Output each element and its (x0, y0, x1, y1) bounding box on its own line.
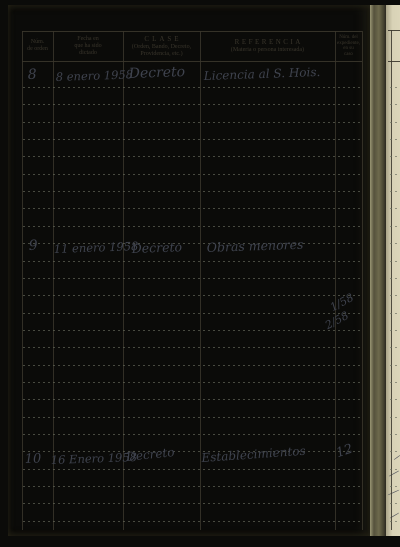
header-text: Fecha en (77, 36, 99, 43)
adjacent-ruled-line (390, 434, 400, 435)
adjacent-ruled-line (390, 87, 400, 88)
ruled-line (23, 174, 361, 175)
ruled-line (23, 226, 361, 227)
adjacent-ruled-line (390, 156, 400, 157)
adjacent-ruled-line (390, 261, 400, 262)
adjacent-table-top-border (388, 30, 400, 31)
header-text: caso (344, 52, 353, 58)
adjacent-ruled-line (390, 295, 400, 296)
ruled-line (23, 521, 361, 522)
header-text: dictado (79, 50, 97, 57)
adjacent-ruled-line (390, 174, 400, 175)
ruled-line (23, 122, 361, 123)
header-text: Núm. (31, 39, 45, 46)
ruled-line (23, 278, 361, 279)
adjacent-ruled-line (390, 313, 400, 314)
adjacent-ruled-line (390, 122, 400, 123)
header-num-orden: Núm. de orden (22, 31, 53, 61)
header-subtext: (Orden, Bando, Decreto, (132, 44, 191, 51)
ruled-line (23, 434, 361, 435)
adjacent-header-bottom-border (388, 61, 400, 62)
header-text: de orden (27, 46, 48, 53)
table-left-border (22, 31, 23, 530)
entry-date: 16 Enero 1958 (51, 450, 138, 467)
ruled-line (23, 330, 361, 331)
ruled-line (23, 399, 361, 400)
header-title: CLASE (144, 35, 181, 44)
header-clase: CLASE (Orden, Bando, Decreto, Providenci… (123, 31, 200, 61)
ruled-line (23, 313, 361, 314)
ruled-line (23, 208, 361, 209)
ruled-line (23, 469, 361, 470)
adjacent-ruled-line (390, 486, 400, 487)
adjacent-ruled-line (390, 278, 400, 279)
ruled-line (23, 382, 361, 383)
adjacent-ruled-line (390, 521, 400, 522)
header-subtext: (Materia o persona interesada) (231, 47, 304, 54)
entry-number: 10 (24, 451, 41, 467)
adjacent-ruled-line (390, 469, 400, 470)
adjacent-ruled-line (390, 226, 400, 227)
adjacent-page-edge (386, 5, 400, 536)
adjacent-ruled-line (390, 208, 400, 209)
ruled-line (23, 104, 361, 105)
ruled-line (23, 347, 361, 348)
table-header-bottom-border (22, 61, 362, 62)
entry-date: 11 enero 1958 (54, 239, 139, 256)
header-referencia: REFERENCIA (Materia o persona interesada… (200, 31, 335, 61)
ruled-line (23, 261, 361, 262)
entry-number: 8 (27, 67, 36, 83)
table-right-border (362, 31, 363, 530)
ruled-line (23, 139, 361, 140)
handwriting-mark (387, 489, 399, 495)
entry-class: Decreto (128, 64, 185, 82)
entry-number: 9 (28, 238, 37, 254)
header-title: REFERENCIA (235, 38, 303, 47)
ruled-line (23, 295, 361, 296)
adjacent-column-line (391, 30, 392, 530)
adjacent-ruled-line (390, 503, 400, 504)
adjacent-ruled-line (390, 347, 400, 348)
ruled-line (23, 87, 361, 88)
adjacent-ruled-line (390, 330, 400, 331)
adjacent-ruled-line (390, 382, 400, 383)
ruled-line (23, 503, 361, 504)
ruled-line (23, 156, 361, 157)
adjacent-ruled-line (390, 365, 400, 366)
adjacent-ruled-line (390, 399, 400, 400)
header-fecha: Fecha en que ha sido dictado (53, 31, 123, 61)
adjacent-ruled-line (390, 104, 400, 105)
adjacent-ruled-line (390, 139, 400, 140)
column-divider (335, 31, 336, 530)
entry-class: Decreto (131, 239, 182, 256)
book-binding-gutter (370, 5, 386, 536)
ruled-line (23, 365, 361, 366)
header-subtext: Providencia, etc.) (140, 51, 182, 58)
entry-date: 8 enero 1958 (56, 67, 134, 84)
ruled-line (23, 417, 361, 418)
adjacent-ruled-line (390, 417, 400, 418)
header-text: que ha sido (74, 43, 101, 50)
adjacent-ruled-line (390, 451, 400, 452)
ruled-line (23, 191, 361, 192)
handwriting-mark (393, 455, 400, 460)
ruled-line (23, 486, 361, 487)
adjacent-ruled-line (390, 243, 400, 244)
scanned-register-page: Núm. de orden Fecha en que ha sido dicta… (0, 0, 400, 547)
header-expediente: Núm. del expediente, en su caso (335, 31, 362, 61)
adjacent-ruled-line (390, 191, 400, 192)
